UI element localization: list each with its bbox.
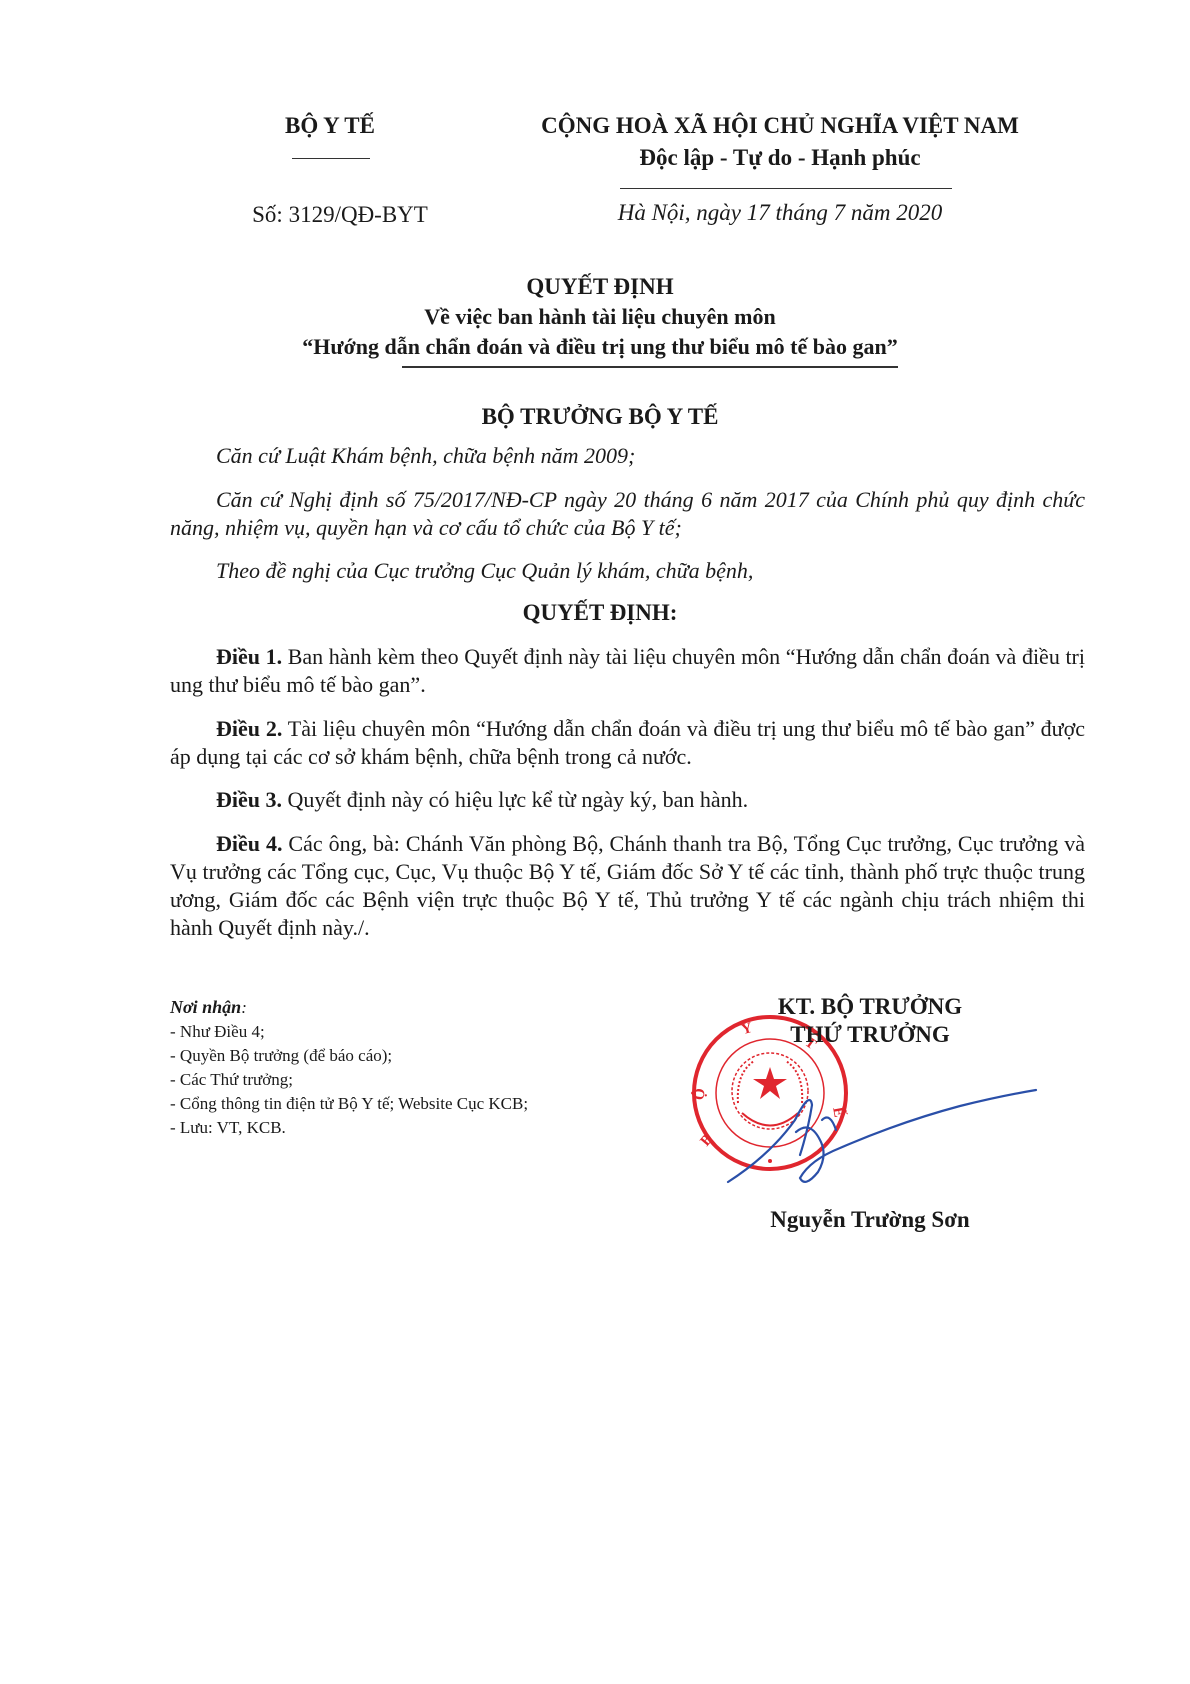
republic-name: CỘNG HOÀ XÃ HỘI CHỦ NGHĨA VIỆT NAM <box>500 113 1060 139</box>
recipient-item: - Quyền Bộ trưởng (để báo cáo); <box>170 1044 650 1068</box>
article-label: Điều 1. <box>216 644 282 669</box>
dateline: Hà Nội, ngày 17 tháng 7 năm 2020 <box>560 200 1000 226</box>
article-4: Điều 4. Các ông, bà: Chánh Văn phòng Bộ,… <box>170 830 1085 942</box>
article-text: Ban hành kèm theo Quyết định này tài liệ… <box>170 644 1085 697</box>
legal-basis-item: Căn cứ Nghị định số 75/2017/NĐ-CP ngày 2… <box>170 486 1085 542</box>
signer-name: Nguyễn Trường Sơn <box>720 1207 1020 1233</box>
recipient-item: - Như Điều 4; <box>170 1020 650 1044</box>
motto-divider <box>620 188 952 189</box>
recipient-item: - Các Thứ trưởng; <box>170 1068 650 1092</box>
handwritten-signature <box>700 1060 1040 1200</box>
recipient-item: - Lưu: VT, KCB. <box>170 1116 650 1140</box>
article-label: Điều 2. <box>216 716 282 741</box>
article-label: Điều 3. <box>216 787 282 812</box>
national-motto: Độc lập - Tự do - Hạnh phúc <box>560 145 1000 171</box>
article-3: Điều 3. Quyết định này có hiệu lực kể từ… <box>170 786 1085 814</box>
subject-divider <box>402 366 898 368</box>
document-subject-line1: Về việc ban hành tài liệu chuyên môn <box>200 304 1000 330</box>
article-label: Điều 4. <box>216 831 282 856</box>
signer-title-line2: THỨ TRƯỞNG <box>720 1022 1020 1048</box>
article-text: Quyết định này có hiệu lực kể từ ngày ký… <box>282 787 748 812</box>
recipient-item: - Cổng thông tin điện tử Bộ Y tế; Websit… <box>170 1092 650 1116</box>
document-subject-line2: “Hướng dẫn chẩn đoán và điều trị ung thư… <box>150 334 1050 360</box>
recipients-block: Nơi nhận: - Như Điều 4; - Quyền Bộ trưởn… <box>170 995 650 1140</box>
ministry-divider <box>292 158 370 159</box>
recipients-heading: Nơi nhận: <box>170 995 650 1020</box>
decision-heading: QUYẾT ĐỊNH: <box>200 600 1000 626</box>
document-title: QUYẾT ĐỊNH <box>200 274 1000 300</box>
article-1: Điều 1. Ban hành kèm theo Quyết định này… <box>170 643 1085 699</box>
legal-basis-item: Căn cứ Luật Khám bệnh, chữa bệnh năm 200… <box>170 442 1085 470</box>
article-text: Các ông, bà: Chánh Văn phòng Bộ, Chánh t… <box>170 831 1085 940</box>
document-number: Số: 3129/QĐ-BYT <box>215 202 465 228</box>
article-text: Tài liệu chuyên môn “Hướng dẫn chẩn đoán… <box>170 716 1085 769</box>
signer-title-line1: KT. BỘ TRƯỞNG <box>720 994 1020 1020</box>
issuer-heading: BỘ TRƯỞNG BỘ Y TẾ <box>200 404 1000 430</box>
ministry-name: BỘ Y TẾ <box>255 113 405 139</box>
article-2: Điều 2. Tài liệu chuyên môn “Hướng dẫn c… <box>170 715 1085 771</box>
legal-basis-item: Theo đề nghị của Cục trưởng Cục Quản lý … <box>170 557 1085 585</box>
